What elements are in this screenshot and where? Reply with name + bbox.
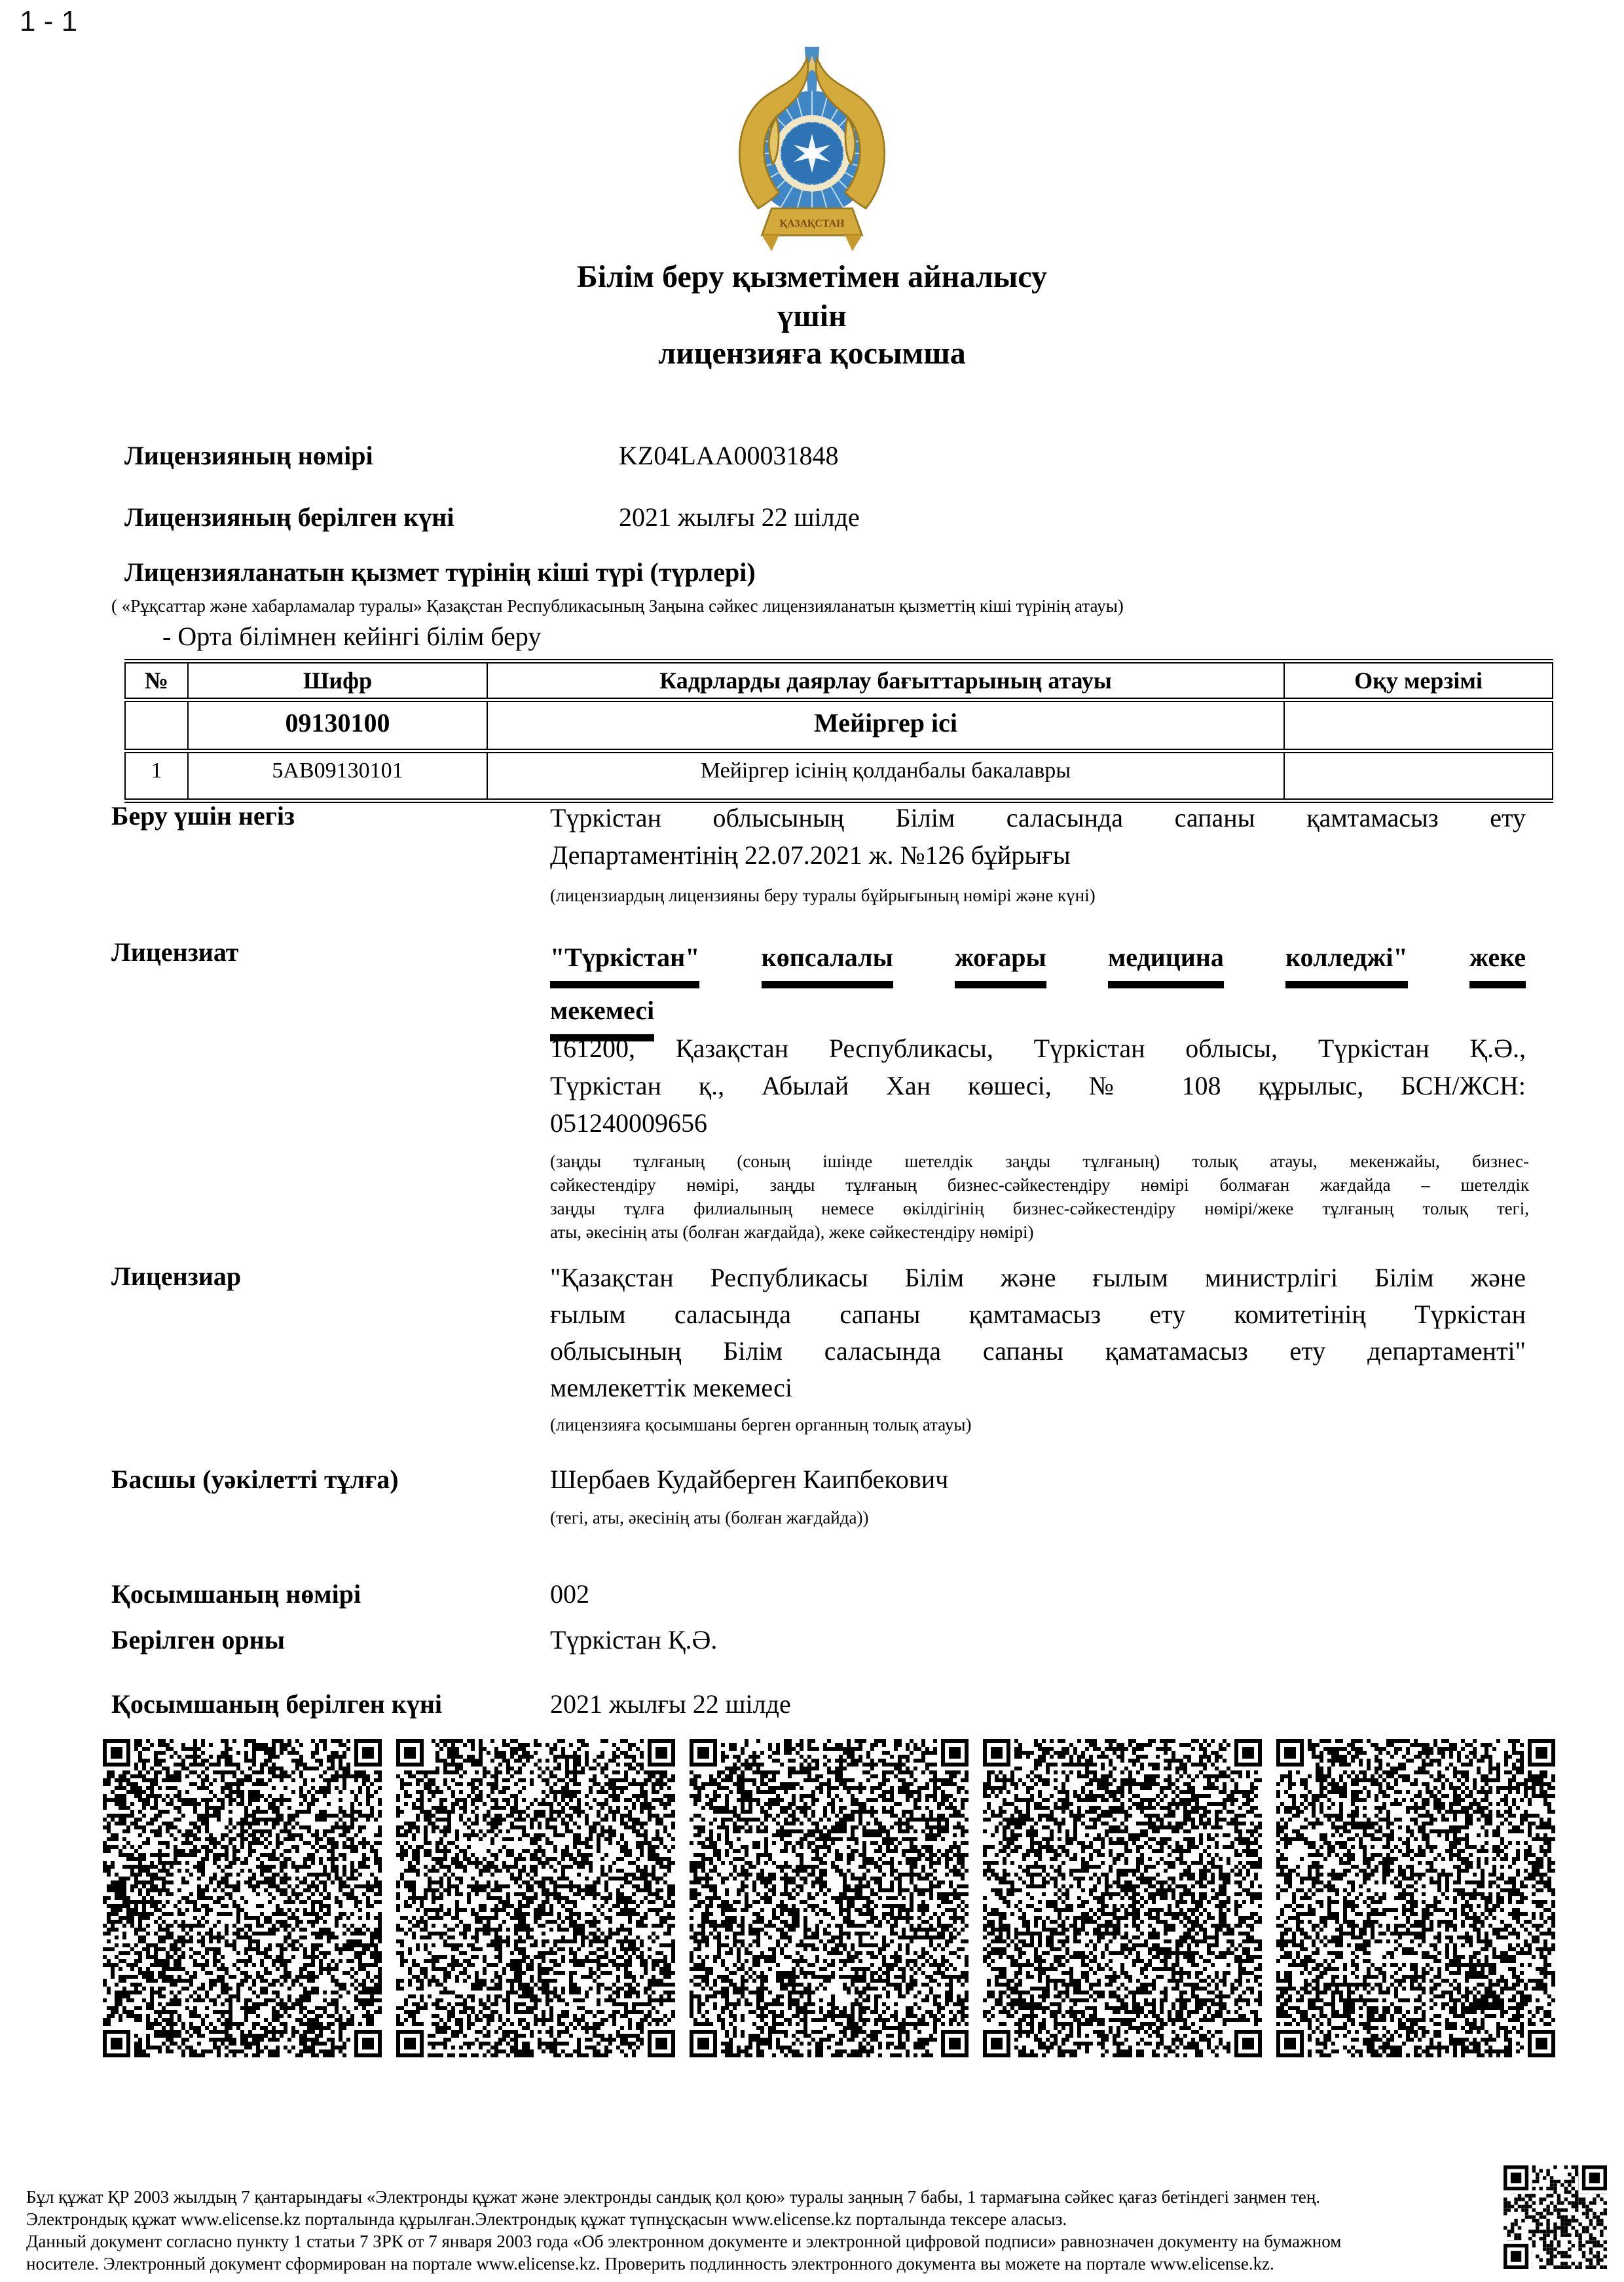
cell-term — [1284, 700, 1553, 751]
licensee-address: 161200, Қазақстан Республикасы, Түркіста… — [550, 1030, 1526, 1142]
digital-signature-barcode-2 — [396, 1739, 678, 2060]
cell-code: 5AB09130101 — [188, 751, 487, 801]
footer-line: Электрондық құжат www.elicense.kz портал… — [26, 2208, 1486, 2230]
qualifications-table: № Шифр Кадрларды даярлау бағыттарының ат… — [124, 659, 1553, 803]
subtype-heading: Лицензияланатын қызмет түрінің кіші түрі… — [124, 557, 756, 588]
footer-line: носителе. Электронный документ сформиров… — [26, 2253, 1486, 2275]
col-header-no: № — [125, 662, 188, 700]
table-row: 09130100 Мейіргер ісі — [125, 700, 1553, 751]
page-index: 1 - 1 — [20, 5, 77, 38]
emblem-banner-text: ҚАЗАҚСТАН — [780, 218, 845, 229]
issue-place-label: Берілген орны — [111, 1624, 285, 1655]
digital-signature-barcode-4 — [983, 1739, 1264, 2060]
basis-note: (лицензиардың лицензияны беру туралы бұй… — [550, 886, 1096, 906]
footer-line: Бұл құжат ҚР 2003 жылдың 7 қантарындағы … — [26, 2186, 1486, 2208]
licensor-value: "Қазақстан Республикасы Білім және ғылым… — [550, 1260, 1526, 1406]
digital-signature-barcode-1 — [103, 1739, 384, 2060]
annex-number-value: 002 — [550, 1579, 589, 1609]
annex-date-label: Қосымшаның берілген күні — [111, 1689, 442, 1719]
cell-code: 09130100 — [188, 700, 487, 751]
kazakhstan-coat-of-arms-icon: ҚАЗАҚСТАН — [720, 45, 904, 255]
head-official-value: Шербаев Кудайберген Каипбекович — [550, 1464, 948, 1495]
license-date-label: Лицензияның берілген күні — [124, 502, 454, 533]
license-date-value: 2021 жылғы 22 шілде — [619, 502, 860, 533]
licensor-label: Лицензиар — [111, 1261, 241, 1292]
emblem-banner: ҚАЗАҚСТАН — [762, 208, 862, 251]
head-official-label: Басшы (уәкілетті тұлға) — [111, 1464, 399, 1495]
subtype-note: ( «Рұқсаттар және хабарламалар туралы» Қ… — [111, 596, 1124, 616]
license-number-label: Лицензияның нөмірі — [124, 440, 373, 471]
footer-legal-text: Бұл құжат ҚР 2003 жылдың 7 қантарындағы … — [26, 2186, 1486, 2275]
license-annex-document: 1 - 1 — [0, 0, 1624, 2282]
annex-number-label: Қосымшаның нөмірі — [111, 1579, 361, 1609]
licensor-note: (лицензияға қосымшаны берген органның то… — [550, 1415, 972, 1435]
licensee-note: (заңды тұлғаның (соның ішінде шетелдік з… — [550, 1150, 1529, 1244]
col-header-code: Шифр — [188, 662, 487, 700]
basis-label: Беру үшін негіз — [111, 800, 295, 831]
issue-place-value: Түркістан Қ.Ә. — [550, 1624, 717, 1655]
digital-signature-barcode-5 — [1276, 1739, 1558, 2060]
basis-value: Түркістан облысының Білім саласында сапа… — [550, 799, 1526, 874]
cell-term — [1284, 751, 1553, 801]
footer-line: Данный документ согласно пункту 1 статьи… — [26, 2230, 1486, 2253]
doc-title-line-1: Білім беру қызметімен айналысу — [0, 259, 1624, 295]
annex-date-value: 2021 жылғы 22 шілде — [550, 1689, 791, 1719]
table-row: 1 5AB09130101 Мейіргер ісінің қолданбалы… — [125, 751, 1553, 801]
table-header-row: № Шифр Кадрларды даярлау бағыттарының ат… — [125, 662, 1553, 700]
doc-title-line-3: лицензияға қосымша — [0, 335, 1624, 371]
license-number-value: KZ04LAA00031848 — [619, 440, 839, 471]
subtype-value: - Орта білімнен кейінгі білім беру — [162, 621, 541, 652]
col-header-term: Оқу мерзімі — [1284, 662, 1553, 700]
licensee-name: "Түркістан" көпсалалы жоғары медицина ко… — [550, 935, 1526, 1041]
doc-title-line-2: үшін — [0, 298, 1624, 334]
head-official-note: (тегі, аты, әкесінің аты (болған жағдайд… — [550, 1508, 868, 1528]
col-header-name: Кадрларды даярлау бағыттарының атауы — [487, 662, 1284, 700]
cell-no: 1 — [125, 751, 188, 801]
cell-name: Мейіргер ісінің қолданбалы бакалавры — [487, 751, 1284, 801]
cell-no — [125, 700, 188, 751]
digital-signature-barcode-3 — [690, 1739, 971, 2060]
cell-name: Мейіргер ісі — [487, 700, 1284, 751]
verification-qr-code — [1504, 2165, 1607, 2269]
licensee-label: Лицензиат — [111, 937, 238, 967]
